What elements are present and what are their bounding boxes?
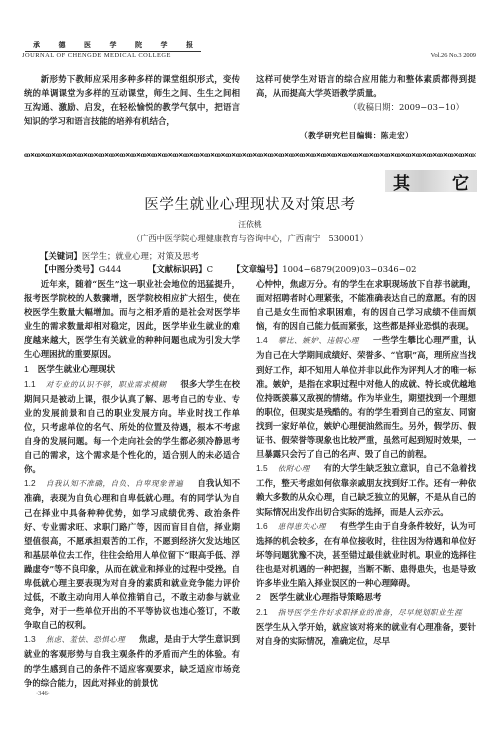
previous-article-paragraph: 新形势下教师应采用多种多样的课堂组织形式，变传统的单调课堂为多样的互动课堂，师生… [24, 72, 240, 128]
previous-article-paragraph: 这样可使学生对语言的综合应用能力和整体素质都得到提高，从而提高大学英语教学质量。 [256, 72, 476, 100]
continued-paragraph: 心忡忡，焦虑万分。有的学生在求职现场放下自荐书就跑，面对招聘者时心理紧张，不能准… [256, 277, 476, 333]
journal-char: 学 [161, 40, 168, 50]
journal-char: 承 [33, 40, 40, 50]
journal-char: 德 [59, 40, 66, 50]
article-title: 医学生就业心理现状及对策思考 [0, 193, 500, 214]
journal-english-name: JOURNAL OF CHENGDE MEDICAL COLLEGE [22, 52, 171, 59]
subsection-number: 1.5 [256, 463, 268, 473]
page-number: ·346· [36, 690, 50, 697]
keywords-label: 【关键词】 [40, 251, 82, 261]
subsection-number: 1.4 [256, 335, 268, 345]
subsection-lead: 患得患失心理 [278, 522, 326, 531]
subsection-number: 1.1 [24, 379, 36, 389]
journal-char: 医 [84, 40, 91, 50]
received-date: （收稿日期：2009−03−10） [256, 100, 476, 114]
subsection-1-2: 1.2自我认知不准确，自负、自卑现象普遍自我认知不准确，表现为自负心理和自卑低就… [24, 476, 240, 632]
subsection-lead: 依附心理 [278, 464, 310, 473]
subsection-lead: 指导医学生作好求职择业的准备，尽早规划职业生涯 [278, 608, 462, 617]
author-affiliation: （广西中医学院心理健康教育与咨询中心，广西南宁 530001） [0, 233, 500, 244]
heading-number: 2 [256, 592, 261, 602]
journal-chinese-name: 承 德 医 学 院 学 报 [25, 40, 201, 52]
article-id-field: 【文章编号】1004−6879(2009)03−0346−02 [232, 263, 416, 275]
heading-text: 医学生就业心理现状 [38, 365, 115, 375]
section-heading-2: 2医学生就业心理指导策略思考 [256, 590, 476, 605]
subsection-text: 很多大学生在校期间只是被动上课，很少认真了解、思考自己的专业、专业的发展前景和自… [24, 379, 240, 475]
subsection-number: 1.6 [256, 521, 268, 531]
clc-field: 【中图分类号】G444 [40, 263, 148, 275]
keywords-line: 【关键词】医学生；就业心理；对策及思考 [40, 250, 199, 262]
subsection-lead: 自我认知不准确，自负、自卑现象普遍 [46, 479, 184, 488]
journal-char: 报 [186, 40, 193, 50]
intro-paragraph: 近年来，随着“医生”这一职业社会地位的迅猛提升，报考医学院校的人数骤增，医学院校… [24, 277, 240, 362]
previous-article-left: 新形势下教师应采用多种多样的课堂组织形式，变传统的单调课堂为多样的互动课堂，师生… [24, 72, 240, 128]
journal-char: 学 [110, 40, 117, 50]
subsection-lead: 焦虑、羞怯、恐惧心理 [46, 635, 125, 644]
subsection-2-1: 2.1指导医学生作好求职择业的准备，尽早规划职业生涯医学生从入学开始，就应该对将… [256, 605, 476, 648]
subsection-number: 1.2 [24, 478, 36, 488]
ornamental-divider: ꝏ✕ꝏ✕ꝏ✕ꝏ✕ꝏ✕ꝏ✕ꝏ✕ꝏ✕ꝏ✕ꝏ✕ꝏ✕ꝏ✕ꝏ✕ꝏ✕ꝏ✕ꝏ✕ꝏ✕ꝏ✕ꝏ✕ꝏ✕… [24, 152, 476, 159]
subsection-number: 2.1 [256, 607, 268, 617]
clc-label: 【中图分类号】 [40, 264, 99, 274]
journal-char: 院 [135, 40, 142, 50]
subsection-1-5: 1.5依附心理有的大学生缺乏独立意识，自己不急着找工作，整天考虑如何依靠亲戚朋友… [256, 461, 476, 518]
subsection-lead: 攀比、嫉妒、违假心理 [278, 336, 359, 345]
subsection-1-6: 1.6患得患失心理有些学生由于自身条件较好，认为可选择的机会较多，在有单位接收时… [256, 519, 476, 590]
article-author: 汪依桃 [0, 219, 500, 230]
section-tag-char: 其 [393, 169, 410, 194]
doc-code-value: C [207, 264, 213, 274]
clc-value: G444 [99, 264, 122, 274]
volume-issue: Vol.26 No.3 2009 [431, 52, 476, 59]
heading-text: 医学生就业心理指导策略思考 [270, 593, 382, 603]
classification-line: 【中图分类号】G444 【文献标识码】C 【文章编号】1004−6879(200… [40, 263, 416, 275]
keywords: 医学生；就业心理；对策及思考 [82, 251, 199, 261]
subsection-text: 医学生从入学开始，就应该对将来的就业有心理准备，要针对自身的实际情况，准确定位，… [256, 622, 476, 646]
subsection-lead: 对专业的认识不够，职业需求模糊 [46, 380, 167, 389]
editor-note: （教学研究栏目编辑：陈走宏） [300, 130, 413, 141]
doc-code-field: 【文献标识码】C [148, 263, 232, 275]
subsection-1-3: 1.3焦虑、羞怯、恐惧心理焦虑，是由于大学生意识到就业的客观形势与自我主观条件的… [24, 632, 240, 689]
subsection-1-1: 1.1对专业的认识不够，职业需求模糊很多大学生在校期间只是被动上课，很少认真了解… [24, 377, 240, 477]
section-heading-1: 1医学生就业心理现状 [24, 362, 240, 377]
subsection-number: 1.3 [24, 634, 36, 644]
section-tag: 其 它 [385, 170, 477, 192]
subsection-text: 自我认知不准确，表现为自负心理和自卑低就心理。有的同学认为自己在择业中具备种种优… [24, 478, 240, 630]
right-column: 心忡忡，焦虑万分。有的学生在求职现场放下自荐书就跑，面对招聘者时心理紧张，不能准… [256, 277, 476, 648]
heading-number: 1 [24, 364, 29, 374]
subsection-text: 一些学生攀比心理严重，认为自己在大学期间成绩好、荣誉多、“官职”高，理所应当找到… [256, 335, 476, 459]
section-tag-char: 它 [452, 169, 469, 194]
article-id-value: 1004−6879(2009)03−0346−02 [282, 264, 416, 274]
subsection-1-4: 1.4攀比、嫉妒、违假心理一些学生攀比心理严重，认为自己在大学期间成绩好、荣誉多… [256, 333, 476, 461]
previous-article-right: 这样可使学生对语言的综合应用能力和整体素质都得到提高，从而提高大学英语教学质量。… [256, 72, 476, 114]
article-id-label: 【文章编号】 [232, 264, 282, 274]
doc-code-label: 【文献标识码】 [148, 264, 207, 274]
left-column: 近年来，随着“医生”这一职业社会地位的迅猛提升，报考医学院校的人数骤增，医学院校… [24, 277, 240, 690]
